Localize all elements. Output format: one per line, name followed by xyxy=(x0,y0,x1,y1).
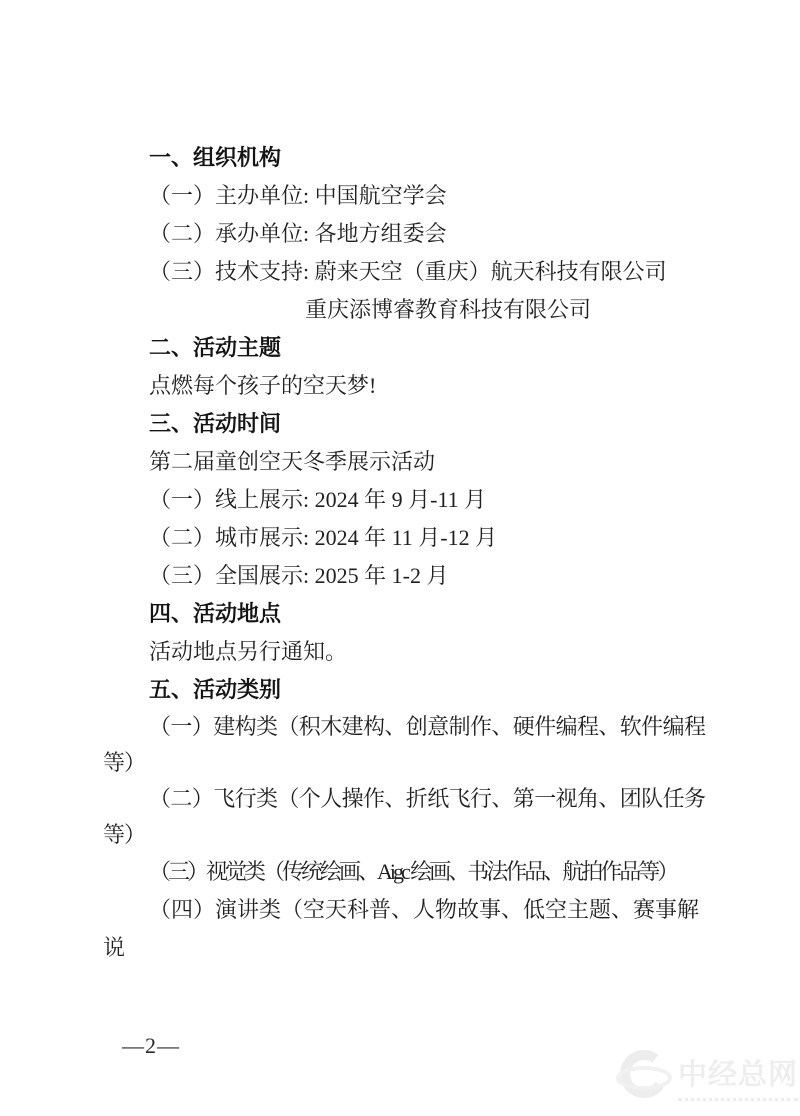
schedule-online-line: （一）线上展示: 2024 年 9 月-11 月 xyxy=(103,481,705,519)
watermark-globe-icon xyxy=(616,1046,672,1107)
watermark: 中经总网 xyxy=(616,1044,800,1108)
schedule-city-line: （二）城市展示: 2024 年 11 月-12 月 xyxy=(103,519,705,557)
document-body: 一、组织机构 （一）主办单位: 中国航空学会 （二）承办单位: 各地方组委会 （… xyxy=(103,139,705,967)
tech-support-line-2: 重庆添博睿教育科技有限公司 xyxy=(103,291,705,329)
schedule-national-line: （三）全国展示: 2025 年 1-2 月 xyxy=(103,557,705,595)
event-name-line: 第二届童创空天冬季展示活动 xyxy=(103,443,705,481)
document-page: 一、组织机构 （一）主办单位: 中国航空学会 （二）承办单位: 各地方组委会 （… xyxy=(0,0,800,1116)
category-visual-line: （三）视觉类（传统绘画、Aigc 绘画、书法作品、航拍作品等） xyxy=(103,853,705,891)
tech-support-line: （三）技术支持: 蔚来天空（重庆）航天科技有限公司 xyxy=(103,253,705,291)
section-heading-5: 五、活动类别 xyxy=(103,671,705,709)
page-number: —2— xyxy=(122,1033,180,1059)
category-flying-line: （二）飞行类（个人操作、折纸飞行、第一视角、团队任务等） xyxy=(103,781,705,853)
section-heading-4: 四、活动地点 xyxy=(103,595,705,633)
category-speech-line: （四）演讲类（空天科普、人物故事、低空主题、赛事解说 xyxy=(103,891,705,967)
category-building-line: （一）建构类（积木建构、创意制作、硬件编程、软件编程等） xyxy=(103,709,705,781)
theme-line: 点燃每个孩子的空天梦! xyxy=(103,367,705,405)
section-heading-2: 二、活动主题 xyxy=(103,329,705,367)
watermark-text: 中经总网 xyxy=(678,1052,798,1101)
section-heading-3: 三、活动时间 xyxy=(103,405,705,443)
co-organizer-line: （二）承办单位: 各地方组委会 xyxy=(103,215,705,253)
organizer-line: （一）主办单位: 中国航空学会 xyxy=(103,177,705,215)
location-line: 活动地点另行通知。 xyxy=(103,633,705,671)
section-heading-1: 一、组织机构 xyxy=(103,139,705,177)
